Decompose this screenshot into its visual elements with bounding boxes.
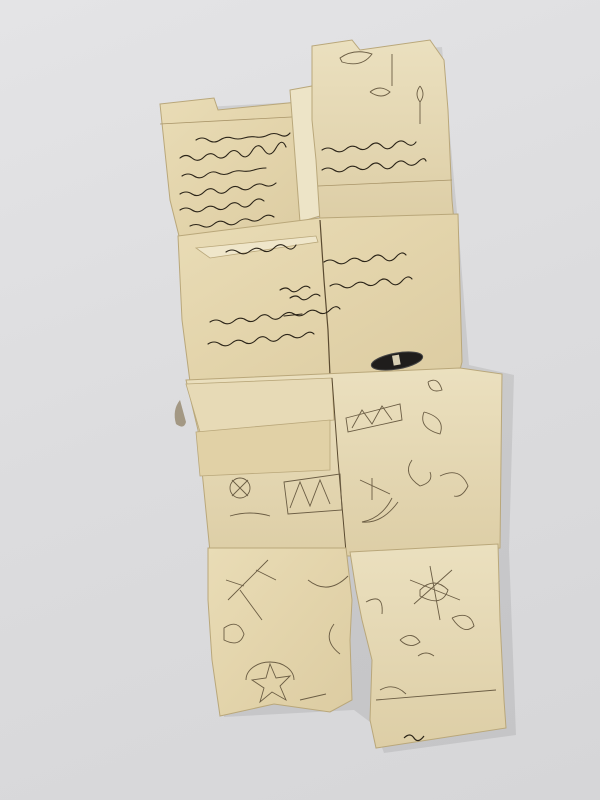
panel-bottom-right (350, 544, 506, 748)
panel-top-right (312, 40, 454, 222)
panel-middle (178, 214, 462, 382)
manuscript-photo (0, 0, 600, 800)
panel-bottom-left (208, 548, 352, 716)
panel-drawings (186, 368, 502, 556)
